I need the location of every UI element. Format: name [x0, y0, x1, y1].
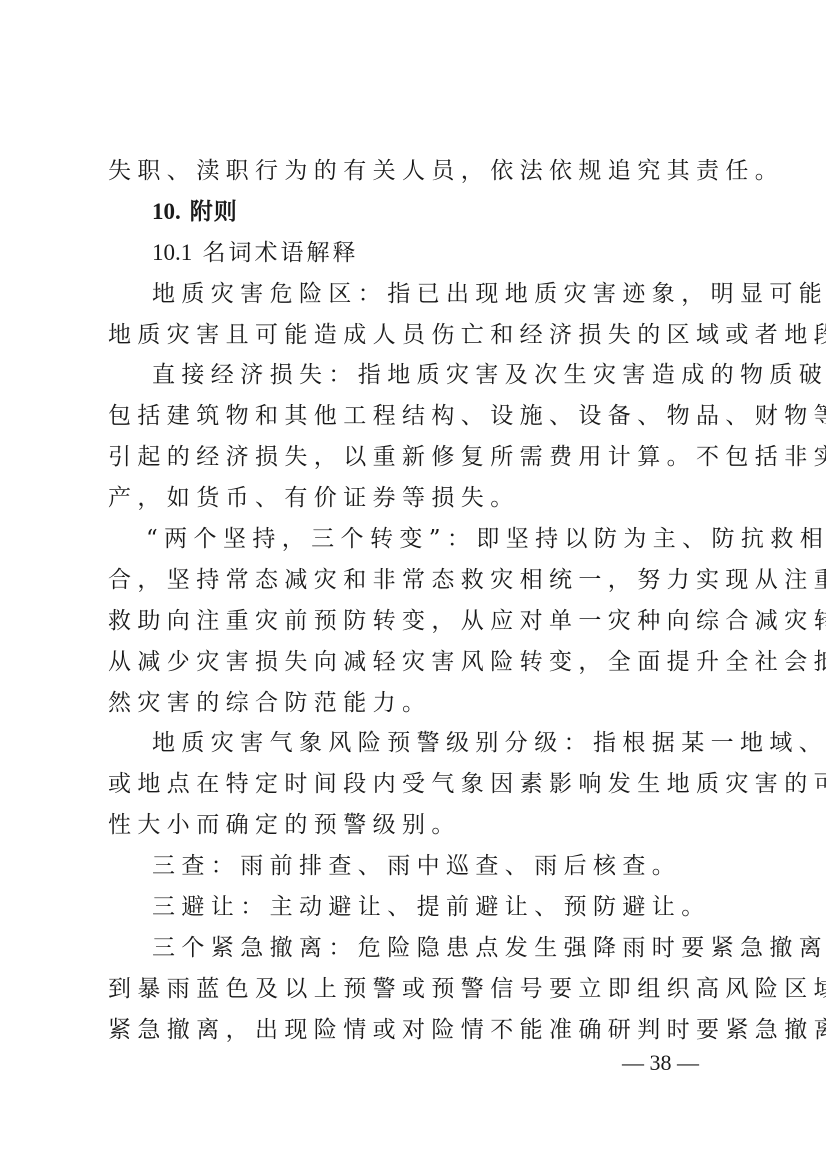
- paragraph-line: 救助向注重灾前预防转变，从应对单一灾种向综合减灾转变，: [108, 601, 720, 642]
- paragraph-two-persist-three-change: “两个坚持，三个转变”：即坚持以防为主、防抗救相结 合，坚持常态减灾和非常态救灾…: [108, 519, 720, 723]
- paragraph-three-checks: 三查：雨前排查、雨中巡查、雨后核查。: [108, 846, 720, 887]
- document-page: 失职、渎职行为的有关人员，依法依规追究其责任。 10. 附则 10.1 名词术语…: [0, 0, 826, 1168]
- subsection-heading: 10.1 名词术语解释: [108, 233, 720, 274]
- paragraph-line: 产，如货币、有价证券等损失。: [108, 478, 720, 519]
- paragraph-line: 性大小而确定的预警级别。: [108, 805, 720, 846]
- paragraph-line: 直接经济损失：指地质灾害及次生灾害造成的物质破坏，: [108, 355, 720, 396]
- paragraph-line: 紧急撤离，出现险情或对险情不能准确研判时要紧急撤离。: [108, 1010, 720, 1051]
- paragraph-line: 三避让：主动避让、提前避让、预防避让。: [108, 887, 720, 928]
- paragraph-line: 地质灾害危险区：指已出现地质灾害迹象，明显可能发生: [108, 274, 720, 315]
- section-heading: 10. 附则: [108, 192, 720, 233]
- paragraph-geological-hazard-zone: 地质灾害危险区：指已出现地质灾害迹象，明显可能发生 地质灾害且可能造成人员伤亡和…: [108, 274, 720, 356]
- paragraph-line: 到暴雨蓝色及以上预警或预警信号要立即组织高风险区域群众: [108, 969, 720, 1010]
- paragraph-three-avoidances: 三避让：主动避让、提前避让、预防避让。: [108, 887, 720, 928]
- paragraph-line: 或地点在特定时间段内受气象因素影响发生地质灾害的可能: [108, 764, 720, 805]
- paragraph-line: “两个坚持，三个转变”：即坚持以防为主、防抗救相结: [108, 519, 720, 560]
- paragraph-line: 然灾害的综合防范能力。: [108, 683, 720, 724]
- paragraph-warning-level-classification: 地质灾害气象风险预警级别分级：指根据某一地域、地段 或地点在特定时间段内受气象因…: [108, 723, 720, 846]
- paragraph-line: 引起的经济损失，以重新修复所需费用计算。不包括非实物财: [108, 437, 720, 478]
- paragraph-line: 包括建筑物和其他工程结构、设施、设备、物品、财物等破坏: [108, 396, 720, 437]
- document-body: 失职、渎职行为的有关人员，依法依规追究其责任。 10. 附则 10.1 名词术语…: [108, 151, 720, 1051]
- subsection-title: 名词术语解释: [192, 240, 358, 266]
- section-title: 附则: [181, 199, 238, 225]
- paragraph-direct-economic-loss: 直接经济损失：指地质灾害及次生灾害造成的物质破坏， 包括建筑物和其他工程结构、设…: [108, 355, 720, 519]
- paragraph-line: 地质灾害气象风险预警级别分级：指根据某一地域、地段: [108, 723, 720, 764]
- paragraph-three-emergency-evacuations: 三个紧急撤离：危险隐患点发生强降雨时要紧急撤离，接 到暴雨蓝色及以上预警或预警信…: [108, 928, 720, 1051]
- section-number: 10.: [152, 199, 181, 224]
- paragraph-line: 合，坚持常态减灾和非常态救灾相统一，努力实现从注重灾后: [108, 560, 720, 601]
- paragraph-line: 三查：雨前排查、雨中巡查、雨后核查。: [108, 846, 720, 887]
- paragraph-line: 从减少灾害损失向减轻灾害风险转变，全面提升全社会抵御自: [108, 642, 720, 683]
- paragraph-line: 三个紧急撤离：危险隐患点发生强降雨时要紧急撤离，接: [108, 928, 720, 969]
- page-number: — 38 —: [622, 1050, 699, 1076]
- subsection-number: 10.1: [152, 240, 192, 265]
- paragraph-line: 地质灾害且可能造成人员伤亡和经济损失的区域或者地段。: [108, 315, 720, 356]
- continuation-line: 失职、渎职行为的有关人员，依法依规追究其责任。: [108, 151, 720, 192]
